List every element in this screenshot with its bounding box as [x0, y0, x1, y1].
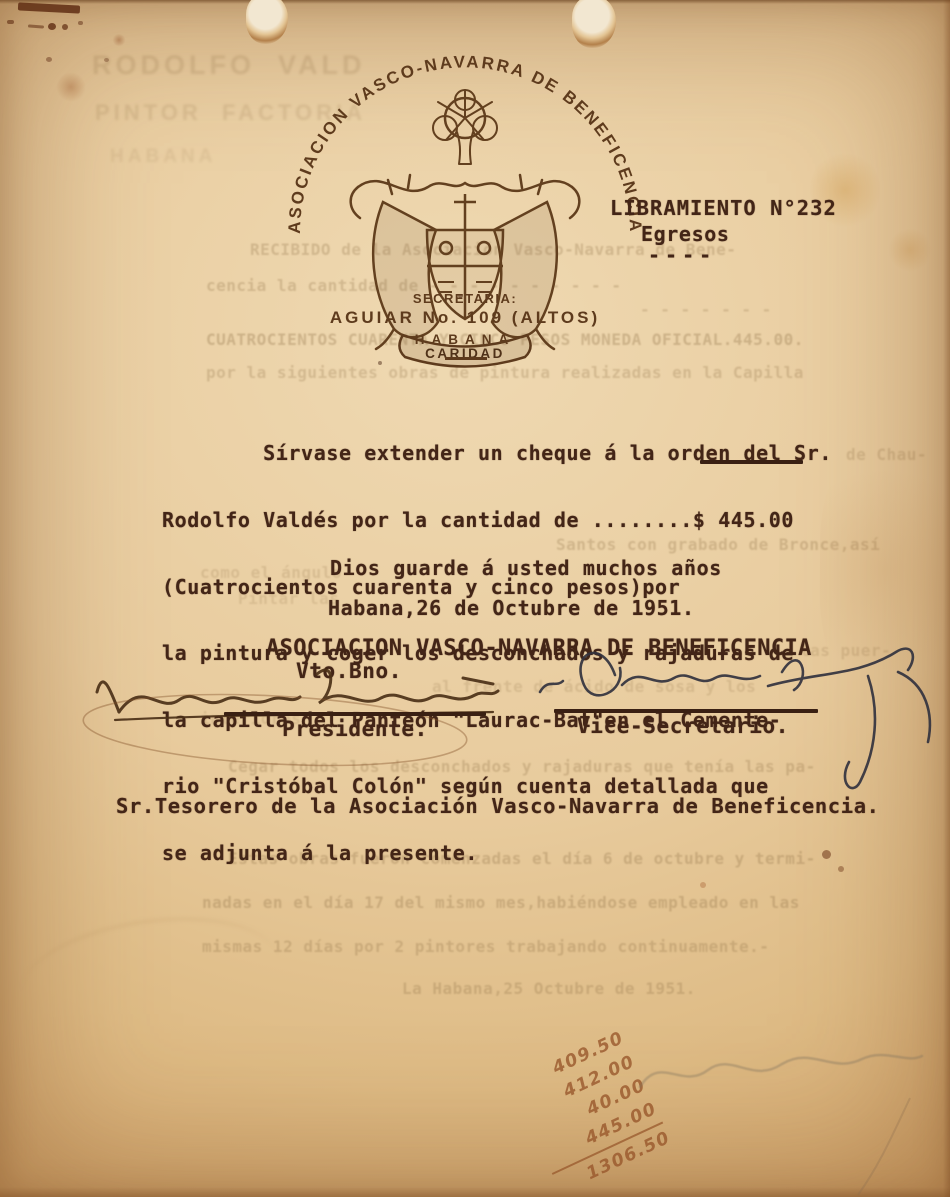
salute-line: Dios guarde á usted muchos años	[330, 556, 722, 580]
ghost-line: HABANA	[110, 146, 216, 168]
body-line: se adjunta á la presente.	[162, 842, 832, 864]
ghost-line: La Habana,25 Octubre de 1951.	[402, 979, 696, 998]
oak-tree-icon	[433, 90, 497, 164]
vice-secretary-label-box: Vice-Secretario.	[548, 714, 818, 738]
president-signature-line	[224, 712, 486, 716]
ghost-line: mismas 12 días por 2 pintores trabajando…	[202, 937, 769, 956]
ink-speck	[78, 21, 83, 25]
ink-speck	[62, 24, 68, 30]
libramiento-dashes: ----	[648, 243, 716, 267]
dateline: Habana,26 de Octubre de 1951.	[328, 596, 695, 620]
body-line: Rodolfo Valdés por la cantidad de ......…	[162, 509, 832, 531]
scanned-letter-page: RODOLFO VALDPINTOR FACTORIAHABANARECIBID…	[0, 0, 950, 1197]
ink-speck	[7, 20, 14, 24]
president-label-box: Presidente.	[224, 717, 486, 741]
ghost-line: de Chau-	[846, 445, 927, 464]
ink-speck	[104, 58, 109, 62]
foxing-stain	[56, 72, 86, 102]
foxing-stain	[112, 34, 126, 46]
ink-speck	[28, 24, 44, 28]
foxing-stain	[888, 228, 932, 272]
paper-edge-shadow-right	[943, 0, 950, 1197]
letterhead-city: HABANA	[295, 332, 635, 347]
ink-speck	[48, 23, 56, 30]
vice-secretary-signature-line	[554, 709, 818, 713]
punch-hole-right	[572, 0, 616, 48]
ink-speck	[46, 57, 52, 62]
pencil-stroke	[848, 1098, 948, 1197]
paper-edge-shadow-bottom	[0, 1187, 950, 1197]
punch-hole-left	[246, 0, 288, 44]
libramiento-title: LIBRAMIENTO N°232	[610, 196, 837, 220]
paper-edge-shadow-top	[0, 0, 950, 4]
ink-smudge-mark	[18, 2, 80, 13]
letterhead-rule	[445, 357, 487, 360]
addressee-line: Sr.Tesorero de la Asociación Vasco-Navar…	[116, 794, 880, 818]
ghost-stamp	[13, 902, 286, 1050]
amount-underline	[700, 460, 803, 464]
president-signature	[85, 640, 505, 770]
foxing-dot	[838, 866, 844, 872]
letterhead-address: AGUIAR No. 109 (ALTOS)	[295, 308, 635, 328]
secretaria-label: SECRETARIA:	[295, 291, 635, 306]
vice-secretary-label: Vice-Secretario.	[577, 714, 789, 738]
president-label: Presidente.	[282, 717, 428, 741]
ghost-line: - - - - - - -	[640, 300, 772, 319]
